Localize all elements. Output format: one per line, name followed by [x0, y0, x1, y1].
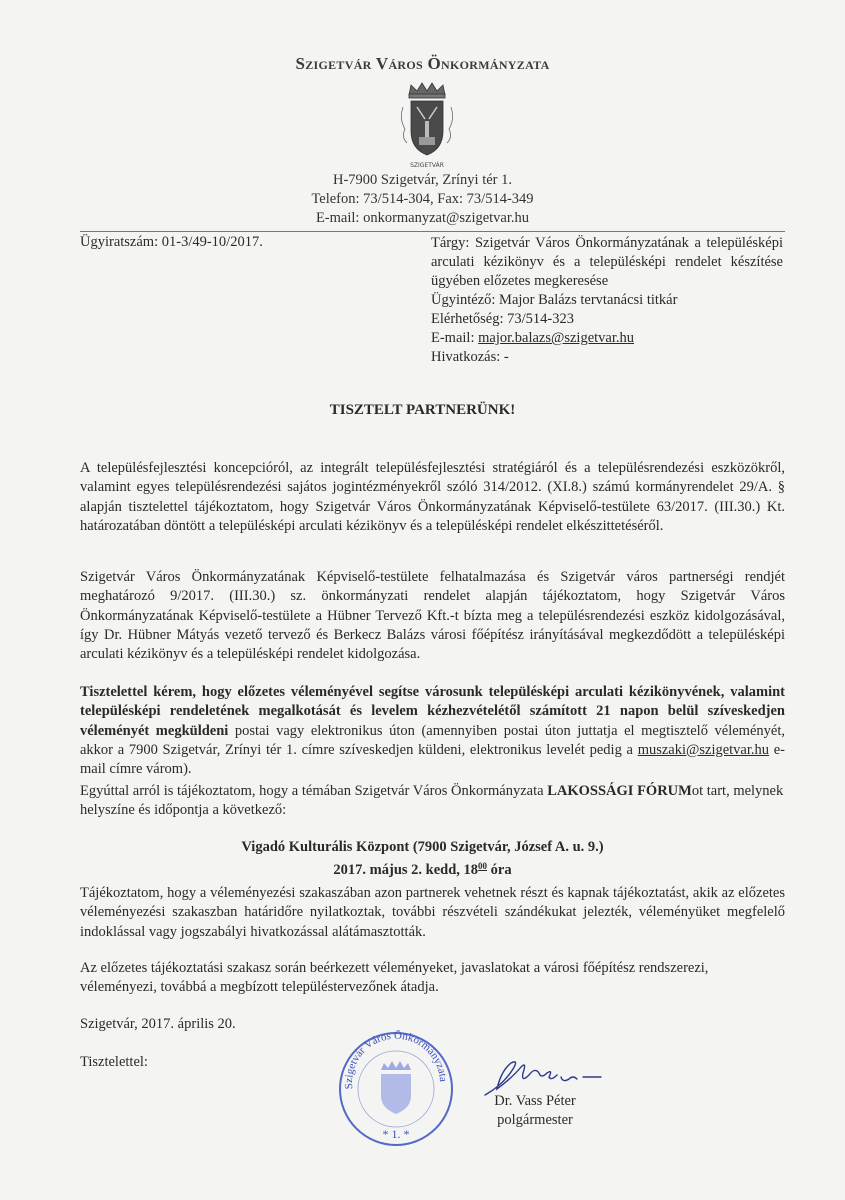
crest-caption: SZIGETVÁR: [410, 162, 444, 169]
contact-phone: Elérhetőség: 73/514-323: [431, 310, 783, 329]
event-time-suffix: óra: [487, 862, 512, 878]
event-datetime: 2017. május 2. kedd, 1800 óra: [0, 857, 845, 880]
place-and-date: Szigetvár, 2017. április 20.: [80, 1016, 236, 1033]
signer-name: Dr. Vass Péter: [480, 1092, 590, 1111]
paragraph-request: Tisztelettel kérem, hogy előzetes vélemé…: [80, 683, 785, 779]
salutation-heading: TISZTELT PARTNERÜNK!: [0, 402, 845, 419]
phone-fax-line: Telefon: 73/514-304, Fax: 73/514-349: [0, 190, 845, 209]
subject: Tárgy: Szigetvár Város Önkormányzatának …: [431, 234, 783, 291]
closing-greeting: Tisztelettel:: [80, 1054, 148, 1071]
email-label: E-mail:: [431, 330, 478, 346]
case-officer: Ügyintéző: Major Balázs tervtanácsi titk…: [431, 291, 783, 310]
paragraph-commission: Szigetvár Város Önkormányzatának Képvise…: [80, 568, 785, 664]
address-line: H-7900 Szigetvár, Zrínyi tér 1.: [0, 171, 845, 190]
muszaki-email-link[interactable]: muszaki@szigetvar.hu: [638, 742, 769, 758]
case-officer-email-link[interactable]: major.balazs@szigetvar.hu: [478, 330, 634, 346]
forum-intro: Egyúttal arról is tájékoztatom, hogy a t…: [80, 783, 547, 799]
case-officer-email: E-mail: major.balazs@szigetvar.hu: [431, 329, 783, 348]
subject-block: Tárgy: Szigetvár Város Önkormányzatának …: [431, 234, 783, 367]
szigetvar-coat-of-arms-icon: SZIGETVÁR: [397, 79, 457, 171]
forum-emphasis: LAKOSSÁGI FÓRUM: [547, 783, 692, 799]
reference-line: Hivatkozás: -: [431, 348, 783, 367]
paragraph-forum: Egyúttal arról is tájékoztatom, hogy a t…: [80, 782, 785, 821]
signer-title: polgármester: [480, 1111, 590, 1130]
event-details: Vigadó Kulturális Központ (7900 Szigetvá…: [0, 838, 845, 880]
email-line: E-mail: onkormanyzat@szigetvar.hu: [0, 209, 845, 228]
event-date: 2017. május 2. kedd, 18: [333, 862, 478, 878]
header-divider: [80, 231, 785, 232]
official-round-stamp-icon: Szigetvár Város Önkormányzata * 1. *: [337, 1030, 455, 1148]
file-number: Ügyiratszám: 01-3/49-10/2017.: [80, 234, 263, 251]
paragraph-legal-basis: A településfejlesztési koncepcióról, az …: [80, 459, 785, 536]
letterhead-address-block: H-7900 Szigetvár, Zrínyi tér 1. Telefon:…: [0, 171, 845, 228]
signer-block: Dr. Vass Péter polgármester: [480, 1092, 590, 1130]
event-venue: Vigadó Kulturális Központ (7900 Szigetvá…: [0, 838, 845, 857]
paragraph-participation: Tájékoztatom, hogy a véleményezési szaka…: [80, 884, 785, 942]
letter-page: Szigetvár Város Önkormányzata SZIGETVÁR …: [0, 0, 845, 1200]
event-minutes: 00: [478, 861, 487, 871]
stamp-number: * 1. *: [383, 1127, 410, 1141]
paragraph-processing: Az előzetes tájékoztatási szakasz során …: [80, 959, 785, 998]
organization-title: Szigetvár Város Önkormányzata: [0, 54, 845, 74]
